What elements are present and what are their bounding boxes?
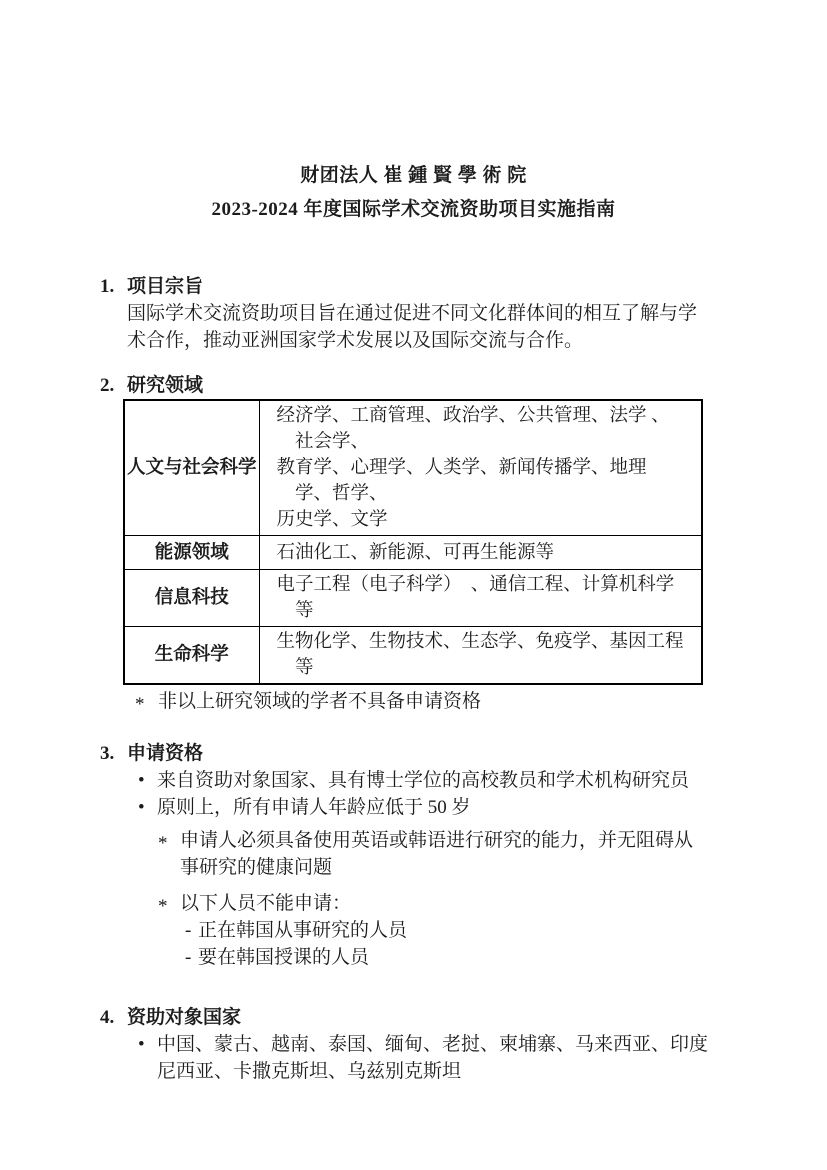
section-2-title: 研究领域 [127,372,203,399]
section-4-title: 资助对象国家 [127,1004,241,1031]
section-1-title: 项目宗旨 [127,273,203,300]
section-4-number: 4. [100,1004,127,1031]
document-page: 财团法人 崔 鍾 賢 學 術 院 2023-2024 年度国际学术交流资助项目实… [0,0,827,1170]
list-item-text: 中国、蒙古、越南、泰国、缅甸、老挝、柬埔寨、马来西亚、印度 尼西亚、卡撒克斯坦、… [157,1031,723,1085]
list-item: • 来自资助对象国家、具有博士学位的高校教员和学术机构研究员 [138,767,827,794]
table-footnote-text: 非以上研究领域的学者不具备申请资格 [158,688,481,715]
sub-note: * 申请人必须具备使用英语或韩语进行研究的能力，并无阻碍从 事研究的健康问题 [158,827,827,881]
table-row: 生命科学 生物化学、生物技术、生态学、免疫学、基因工程 等 [124,627,702,685]
table-footnote: * 非以上研究领域的学者不具备申请资格 [135,688,827,715]
document-title-line2: 2023-2024 年度国际学术交流资助项目实施指南 [0,196,827,223]
list-item-text: 正在韩国从事研究的人员 [198,917,407,944]
field-detail-cell: 石油化工、新能源、可再生能源等 [259,536,702,570]
section-3-title: 申请资格 [127,740,203,767]
list-item: - 正在韩国从事研究的人员 [185,917,827,944]
section-1-number: 1. [100,273,127,300]
asterisk-marker: * [158,830,180,884]
asterisk-marker: * [135,691,158,718]
table-row: 信息科技 电子工程（电子科学） 、通信工程、计算机科学 等 [124,570,702,627]
dash-marker: - [185,944,198,971]
sub-note-text: 申请人必须具备使用英语或韩语进行研究的能力，并无阻碍从 事研究的健康问题 [180,827,725,881]
field-name-cell: 能源领域 [124,536,259,570]
section-research-fields: 2. 研究领域 人文与社会科学 经济学、工商管理、政治学、公共管理、法学 、 社… [0,372,827,715]
sub-note-text: 以下人员不能申请： [180,890,725,917]
section-4-heading: 4. 资助对象国家 [100,1004,827,1031]
field-name-cell: 信息科技 [124,570,259,627]
list-item: • 中国、蒙古、越南、泰国、缅甸、老挝、柬埔寨、马来西亚、印度 尼西亚、卡撒克斯… [138,1031,827,1085]
research-fields-table: 人文与社会科学 经济学、工商管理、政治学、公共管理、法学 、 社会学、 教育学、… [123,399,703,685]
list-item-text: 要在韩国授课的人员 [198,944,369,971]
bullet-marker: • [138,794,157,821]
list-item: - 要在韩国授课的人员 [185,944,827,971]
section-1-body: 国际学术交流资助项目旨在通过促进不同文化群体间的相互了解与学 术合作，推动亚洲国… [127,300,721,354]
list-item-text: 原则上，所有申请人年龄应低于 50 岁 [157,794,723,821]
sub-note: * 以下人员不能申请： [158,890,827,917]
bullet-marker: • [138,1031,157,1085]
table-row: 人文与社会科学 经济学、工商管理、政治学、公共管理、法学 、 社会学、 教育学、… [124,400,702,536]
section-1-heading: 1. 项目宗旨 [100,273,827,300]
document-title-line1: 财团法人 崔 鍾 賢 學 術 院 [0,162,827,189]
section-eligibility: 3. 申请资格 • 来自资助对象国家、具有博士学位的高校教员和学术机构研究员 •… [0,740,827,971]
field-name-cell: 生命科学 [124,627,259,685]
asterisk-marker: * [158,893,180,920]
section-target-countries: 4. 资助对象国家 • 中国、蒙古、越南、泰国、缅甸、老挝、柬埔寨、马来西亚、印… [0,1004,827,1085]
list-item: • 原则上，所有申请人年龄应低于 50 岁 [138,794,827,821]
list-item-text: 来自资助对象国家、具有博士学位的高校教员和学术机构研究员 [157,767,723,794]
section-purpose: 1. 项目宗旨 国际学术交流资助项目旨在通过促进不同文化群体间的相互了解与学 术… [0,273,827,354]
section-3-number: 3. [100,740,127,767]
section-3-heading: 3. 申请资格 [100,740,827,767]
field-detail-cell: 电子工程（电子科学） 、通信工程、计算机科学 等 [259,570,702,627]
table-row: 能源领域 石油化工、新能源、可再生能源等 [124,536,702,570]
field-name-cell: 人文与社会科学 [124,400,259,536]
bullet-marker: • [138,767,157,794]
section-2-number: 2. [100,372,127,399]
field-detail-cell: 生物化学、生物技术、生态学、免疫学、基因工程 等 [259,627,702,685]
field-detail-cell: 经济学、工商管理、政治学、公共管理、法学 、 社会学、 教育学、心理学、人类学、… [259,400,702,536]
dash-marker: - [185,917,198,944]
section-2-heading: 2. 研究领域 [100,372,827,399]
